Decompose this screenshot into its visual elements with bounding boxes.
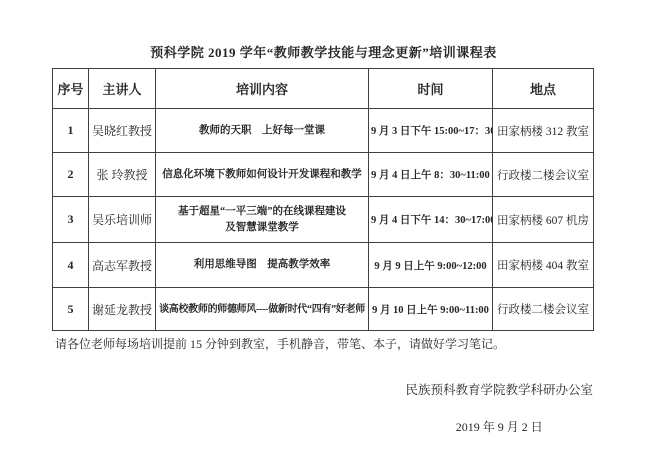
table-header-row: 序号 主讲人 培训内容 时间 地点: [53, 69, 594, 109]
content-line-1: 信息化环境下教师如何设计开发课程和教学: [158, 167, 366, 183]
cell-content: 基于超星“一平三端”的在线课程建设 及智慧课堂教学: [156, 197, 369, 243]
header-content: 培训内容: [156, 69, 369, 109]
cell-time: 9 月 4 日下午 14：30~17:00: [369, 197, 493, 243]
content-line-1: 利用思维导图 提高教学效率: [158, 257, 366, 273]
cell-content: 教师的天职 上好每一堂课: [156, 109, 369, 153]
cell-seq: 4: [53, 243, 89, 288]
page-title: 预科学院 2019 学年“教师教学技能与理念更新”培训课程表: [0, 42, 647, 61]
cell-seq: 2: [53, 153, 89, 197]
signature-block: 民族预科教育学院教学科研办公室 2019 年 9 月 2 日: [405, 380, 593, 435]
cell-seq: 3: [53, 197, 89, 243]
cell-time: 9 月 3 日下午 15:00~17：30: [369, 109, 493, 153]
content-line-2: 及智慧课堂教学: [158, 220, 366, 236]
cell-location: 行政楼二楼会议室: [493, 153, 594, 197]
cell-speaker: 高志军教授: [89, 243, 156, 288]
cell-time: 9 月 9 日上午 9:00~12:00: [369, 243, 493, 288]
document-page: 预科学院 2019 学年“教师教学技能与理念更新”培训课程表 序号 主讲人 培训…: [0, 0, 647, 458]
content-line-1: 教师的天职 上好每一堂课: [158, 123, 366, 139]
cell-location: 田家柄楼 404 教室: [493, 243, 594, 288]
cell-content: 利用思维导图 提高教学效率: [156, 243, 369, 288]
header-seq: 序号: [53, 69, 89, 109]
signature-date: 2019 年 9 月 2 日: [405, 418, 593, 435]
signature-office: 民族预科教育学院教学科研办公室: [405, 380, 593, 398]
cell-time: 9 月 10 日上午 9:00~11:00: [369, 288, 493, 331]
cell-location: 田家柄楼 312 教室: [493, 109, 594, 153]
header-time: 时间: [369, 69, 493, 109]
table-row: 1 吴晓红教授 教师的天职 上好每一堂课 9 月 3 日下午 15:00~17：…: [53, 109, 594, 153]
cell-location: 田家柄楼 607 机房: [493, 197, 594, 243]
cell-speaker: 谢延龙教授: [89, 288, 156, 331]
cell-content: 信息化环境下教师如何设计开发课程和教学: [156, 153, 369, 197]
cell-location: 行政楼二楼会议室: [493, 288, 594, 331]
cell-seq: 5: [53, 288, 89, 331]
table-row: 4 高志军教授 利用思维导图 提高教学效率 9 月 9 日上午 9:00~12:…: [53, 243, 594, 288]
header-speaker: 主讲人: [89, 69, 156, 109]
cell-content: 谈高校教师的师德师风----做新时代“四有”好老师: [156, 288, 369, 331]
table-row: 5 谢延龙教授 谈高校教师的师德师风----做新时代“四有”好老师 9 月 10…: [53, 288, 594, 331]
footer-note: 请各位老师每场培训提前 15 分钟到教室，手机静音，带笔、本子，请做好学习笔记。: [55, 335, 505, 352]
table-row: 3 吴乐培训师 基于超星“一平三端”的在线课程建设 及智慧课堂教学 9 月 4 …: [53, 197, 594, 243]
cell-speaker: 张 玲教授: [89, 153, 156, 197]
content-line-1: 谈高校教师的师德师风----做新时代“四有”好老师: [158, 302, 366, 317]
training-schedule-table: 序号 主讲人 培训内容 时间 地点 1 吴晓红教授 教师的天职 上好每一堂课 9…: [52, 68, 594, 331]
table-row: 2 张 玲教授 信息化环境下教师如何设计开发课程和教学 9 月 4 日上午 8：…: [53, 153, 594, 197]
cell-seq: 1: [53, 109, 89, 153]
cell-time: 9 月 4 日上午 8：30~11:00: [369, 153, 493, 197]
cell-speaker: 吴乐培训师: [89, 197, 156, 243]
cell-speaker: 吴晓红教授: [89, 109, 156, 153]
header-location: 地点: [493, 69, 594, 109]
content-line-1: 基于超星“一平三端”的在线课程建设: [158, 204, 366, 220]
